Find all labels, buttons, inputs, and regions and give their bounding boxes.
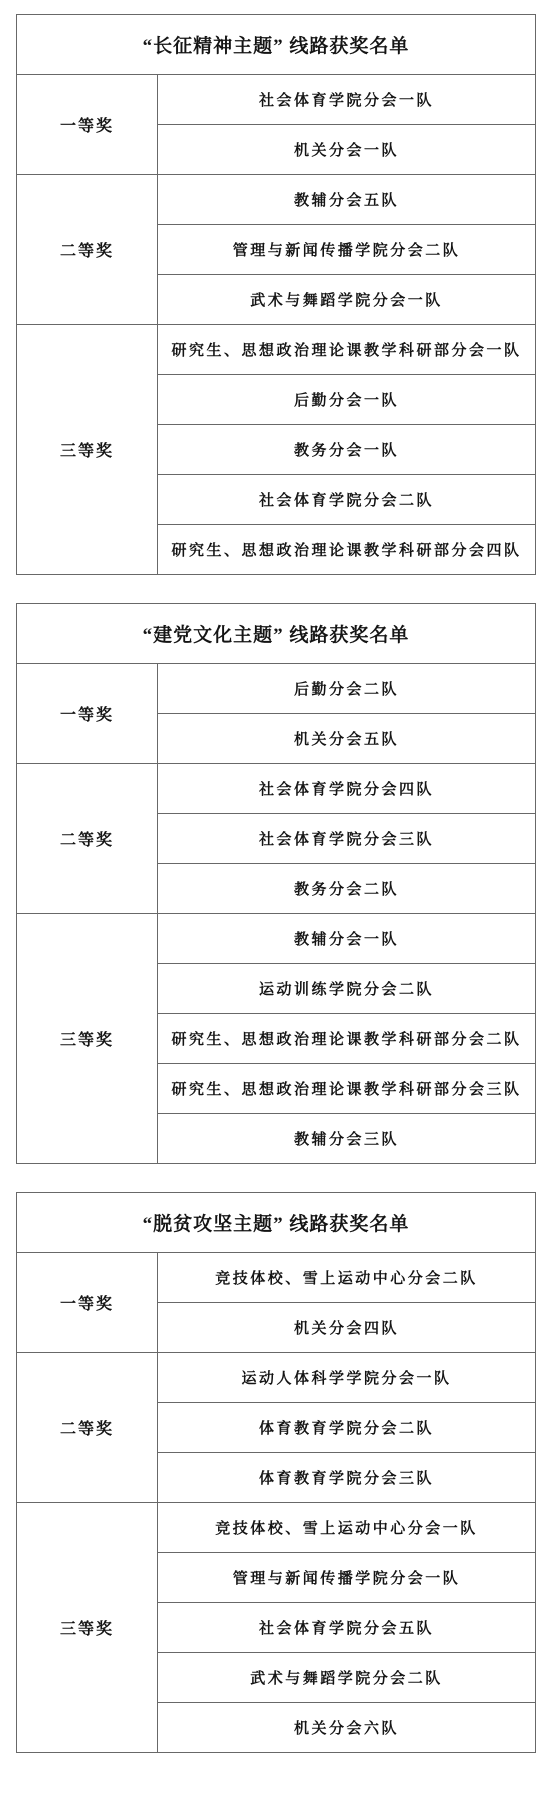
team-name: 研究生、思想政治理论课教学科研部分会二队 [158,1014,536,1064]
team-name: 机关分会六队 [158,1703,536,1753]
table-row: 一等奖 社会体育学院分会一队 [17,75,536,125]
table-title: “脱贫攻坚主题” 线路获奖名单 [17,1193,536,1253]
team-name: 社会体育学院分会二队 [158,475,536,525]
prize-label-first: 一等奖 [17,75,158,175]
prize-label-first: 一等奖 [17,1253,158,1353]
team-name: 社会体育学院分会三队 [158,814,536,864]
team-name: 运动训练学院分会二队 [158,964,536,1014]
team-name: 教辅分会五队 [158,175,536,225]
table-title: “长征精神主题” 线路获奖名单 [17,15,536,75]
team-name: 教务分会一队 [158,425,536,475]
award-table-tuopin: “脱贫攻坚主题” 线路获奖名单 一等奖 竞技体校、雪上运动中心分会二队 机关分会… [16,1192,536,1753]
table-row: 三等奖 竞技体校、雪上运动中心分会一队 [17,1503,536,1553]
team-name: 研究生、思想政治理论课教学科研部分会三队 [158,1064,536,1114]
team-name: 管理与新闻传播学院分会一队 [158,1553,536,1603]
table-title: “建党文化主题” 线路获奖名单 [17,604,536,664]
team-name: 机关分会一队 [158,125,536,175]
team-name: 教辅分会三队 [158,1114,536,1164]
team-name: 社会体育学院分会五队 [158,1603,536,1653]
team-name: 社会体育学院分会四队 [158,764,536,814]
award-table-jiandang: “建党文化主题” 线路获奖名单 一等奖 后勤分会二队 机关分会五队 二等奖 社会… [16,603,536,1164]
prize-label-third: 三等奖 [17,914,158,1164]
team-name: 机关分会五队 [158,714,536,764]
prize-label-third: 三等奖 [17,1503,158,1753]
team-name: 运动人体科学学院分会一队 [158,1353,536,1403]
table-row: “建党文化主题” 线路获奖名单 [17,604,536,664]
prize-label-second: 二等奖 [17,764,158,914]
team-name: 体育教育学院分会三队 [158,1453,536,1503]
team-name: 竞技体校、雪上运动中心分会二队 [158,1253,536,1303]
team-name: 研究生、思想政治理论课教学科研部分会四队 [158,525,536,575]
team-name: 管理与新闻传播学院分会二队 [158,225,536,275]
team-name: 竞技体校、雪上运动中心分会一队 [158,1503,536,1553]
team-name: 后勤分会一队 [158,375,536,425]
team-name: 研究生、思想政治理论课教学科研部分会一队 [158,325,536,375]
team-name: 武术与舞蹈学院分会一队 [158,275,536,325]
table-row: 二等奖 运动人体科学学院分会一队 [17,1353,536,1403]
document-page: “长征精神主题” 线路获奖名单 一等奖 社会体育学院分会一队 机关分会一队 二等… [0,0,550,1772]
team-name: 后勤分会二队 [158,664,536,714]
table-row: 二等奖 社会体育学院分会四队 [17,764,536,814]
table-row: 一等奖 后勤分会二队 [17,664,536,714]
table-row: “长征精神主题” 线路获奖名单 [17,15,536,75]
team-name: 教务分会二队 [158,864,536,914]
team-name: 武术与舞蹈学院分会二队 [158,1653,536,1703]
team-name: 体育教育学院分会二队 [158,1403,536,1453]
prize-label-third: 三等奖 [17,325,158,575]
prize-label-first: 一等奖 [17,664,158,764]
table-row: 三等奖 教辅分会一队 [17,914,536,964]
table-row: “脱贫攻坚主题” 线路获奖名单 [17,1193,536,1253]
team-name: 机关分会四队 [158,1303,536,1353]
prize-label-second: 二等奖 [17,1353,158,1503]
prize-label-second: 二等奖 [17,175,158,325]
team-name: 教辅分会一队 [158,914,536,964]
table-row: 三等奖 研究生、思想政治理论课教学科研部分会一队 [17,325,536,375]
team-name: 社会体育学院分会一队 [158,75,536,125]
award-table-changzheng: “长征精神主题” 线路获奖名单 一等奖 社会体育学院分会一队 机关分会一队 二等… [16,14,536,575]
table-row: 二等奖 教辅分会五队 [17,175,536,225]
table-row: 一等奖 竞技体校、雪上运动中心分会二队 [17,1253,536,1303]
